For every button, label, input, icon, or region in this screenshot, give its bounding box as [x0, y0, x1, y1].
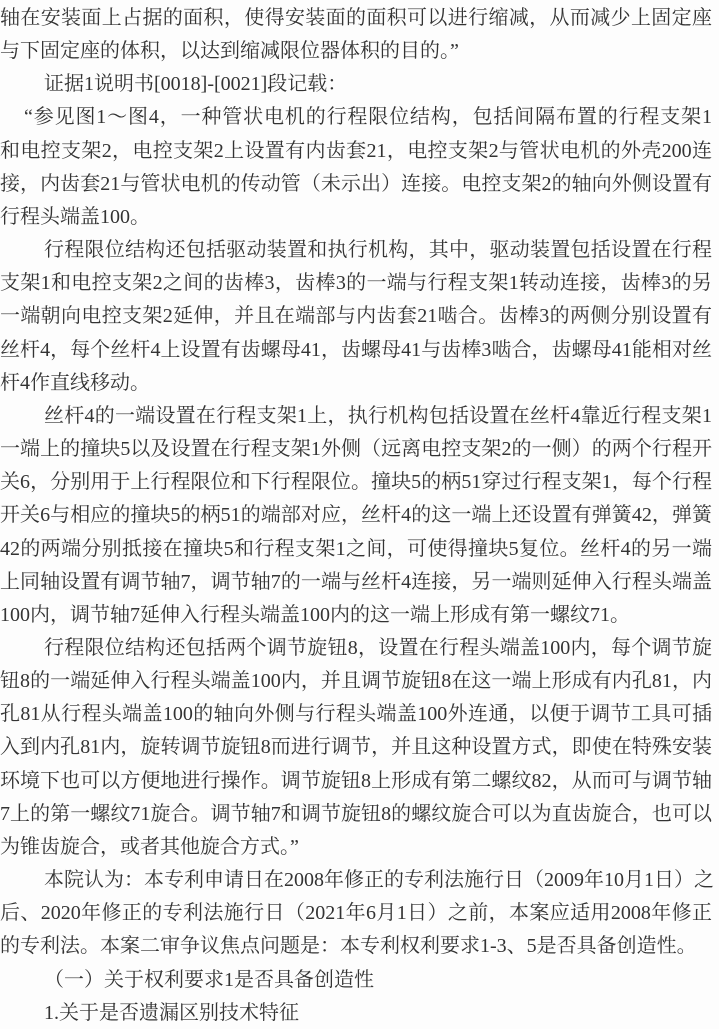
- text-line: 后、2020年修正的专利法施行日（2021年6月1日）之前，本案应适用2008年…: [0, 897, 712, 930]
- text-line: 7上的第一螺纹71旋合。调节轴7和调节旋钮8的螺纹旋合可以为直齿旋合，也可以: [0, 798, 712, 831]
- text-line: 为锥齿旋合，或者其他旋合方式。”: [0, 831, 712, 864]
- text-line: 上同轴设置有调节轴7，调节轴7的一端与丝杆4连接，另一端则延伸入行程头端盖: [0, 566, 712, 599]
- text-line: 接，内齿套21与管状电机的传动管（未示出）连接。电控支架2的轴向外侧设置有: [0, 168, 712, 201]
- text-line: 孔81从行程头端盖100的轴向外侧与行程头端盖100外连通，以便于调节工具可插: [0, 698, 712, 731]
- text-line: 与下固定座的体积，以达到缩减限位器体积的目的。”: [0, 35, 712, 68]
- text-line: 和电控支架2，电控支架2上设置有内齿套21，电控支架2与管状电机的外壳200连: [0, 135, 712, 168]
- text-line: （一）关于权利要求1是否具备创造性: [0, 964, 712, 997]
- text-line: 环境下也可以方便地进行操作。调节旋钮8上形成有第二螺纹82，从而可与调节轴: [0, 765, 712, 798]
- text-line: “参见图1～图4，一种管状电机的行程限位结构，包括间隔布置的行程支架1: [0, 101, 712, 134]
- text-line: 钮8的一端延伸入行程头端盖100内，并且调节旋钮8在这一端上形成有内孔81，内: [0, 665, 712, 698]
- text-line: 行程限位结构还包括两个调节旋钮8，设置在行程头端盖100内，每个调节旋: [0, 632, 712, 665]
- text-line: 一端上的撞块5以及设置在行程支架1外侧（远离电控支架2的一侧）的两个行程开: [0, 433, 712, 466]
- text-line: 丝杆4的一端设置在行程支架1上，执行机构包括设置在丝杆4靠近行程支架1: [0, 400, 712, 433]
- text-line: 行程限位结构还包括驱动装置和执行机构，其中，驱动装置包括设置在行程: [0, 234, 712, 267]
- text-line: 开关6与相应的撞块5的柄51的端部对应，丝杆4的这一端上还设置有弹簧42，弹簧: [0, 499, 712, 532]
- text-line: 行程头端盖100。: [0, 201, 712, 234]
- text-line: 的专利法。本案二审争议焦点问题是：本专利权利要求1-3、5是否具备创造性。: [0, 930, 712, 963]
- document-page: 轴在安装面上占据的面积，使得安装面的面积可以进行缩减，从而减少上固定座与下固定座…: [0, 0, 719, 1029]
- text-line: 证据1说明书[0018]-[0021]段记载：: [0, 68, 712, 101]
- text-line: 本院认为：本专利申请日在2008年修正的专利法施行日（2009年10月1日）之: [0, 864, 712, 897]
- text-line: 关6，分别用于上行程限位和下行程限位。撞块5的柄51穿过行程支架1，每个行程: [0, 466, 712, 499]
- document-body: 轴在安装面上占据的面积，使得安装面的面积可以进行缩减，从而减少上固定座与下固定座…: [0, 2, 712, 1029]
- text-line: 丝杆4，每个丝杆4上设置有齿螺母41，齿螺母41与齿棒3啮合，齿螺母41能相对丝: [0, 334, 712, 367]
- text-line: 一端朝向电控支架2延伸，并且在端部与内齿套21啮合。齿棒3的两侧分别设置有: [0, 300, 712, 333]
- text-line: 轴在安装面上占据的面积，使得安装面的面积可以进行缩减，从而减少上固定座: [0, 2, 712, 35]
- text-line: 42的两端分别抵接在撞块5和行程支架1之间，可使得撞块5复位。丝杆4的另一端: [0, 533, 712, 566]
- text-line: 100内，调节轴7延伸入行程头端盖100内的这一端上形成有第一螺纹71。: [0, 599, 712, 632]
- text-line: 入到内孔81内，旋转调节旋钮8而进行调节，并且这种设置方式，即使在特殊安装: [0, 731, 712, 764]
- text-line: 杆4作直线移动。: [0, 367, 712, 400]
- text-line: 1.关于是否遗漏区别技术特征: [0, 997, 712, 1029]
- text-line: 支架1和电控支架2之间的齿棒3，齿棒3的一端与行程支架1转动连接，齿棒3的另: [0, 267, 712, 300]
